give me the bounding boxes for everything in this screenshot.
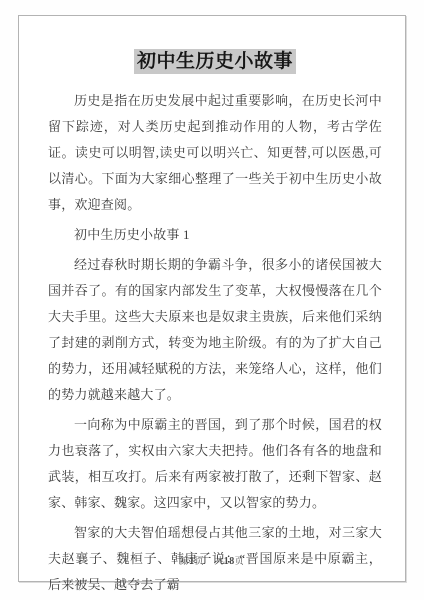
footer-page-prefix: 第 bbox=[180, 556, 190, 566]
footer-total-prefix: 共 bbox=[214, 556, 224, 566]
footer-page-unit: 页 bbox=[195, 556, 205, 566]
page-footer: 第1页共18页 bbox=[19, 555, 405, 568]
document-canvas: 初中生历史小故事 历史是指在历史发展中起过重要影响，在历史长河中留下踪迹，对人类… bbox=[0, 0, 424, 600]
page-title-highlight: 初中生历史小故事 bbox=[134, 49, 296, 74]
intro-paragraph: 历史是指在历史发展中起过重要影响，在历史长河中留下踪迹，对人类历史起到推动作用的… bbox=[48, 88, 382, 218]
story-paragraph-1: 经过春秋时期长期的争霸斗争，很多小的诸侯国被大国并吞了。有的国家内部发生了变革，… bbox=[48, 252, 382, 408]
footer-total-unit: 页 bbox=[235, 556, 245, 566]
page-title: 初中生历史小故事 bbox=[48, 48, 382, 75]
document-page: 初中生历史小故事 历史是指在历史发展中起过重要影响，在历史长河中留下踪迹，对人类… bbox=[18, 15, 406, 582]
section-heading-story-1: 初中生历史小故事 1 bbox=[48, 222, 382, 248]
footer-total-number: 18 bbox=[224, 556, 235, 567]
story-paragraph-2: 一向称为中原霸主的晋国，到了那个时候，国君的权力也衰落了，实权由六家大夫把持。他… bbox=[48, 412, 382, 516]
